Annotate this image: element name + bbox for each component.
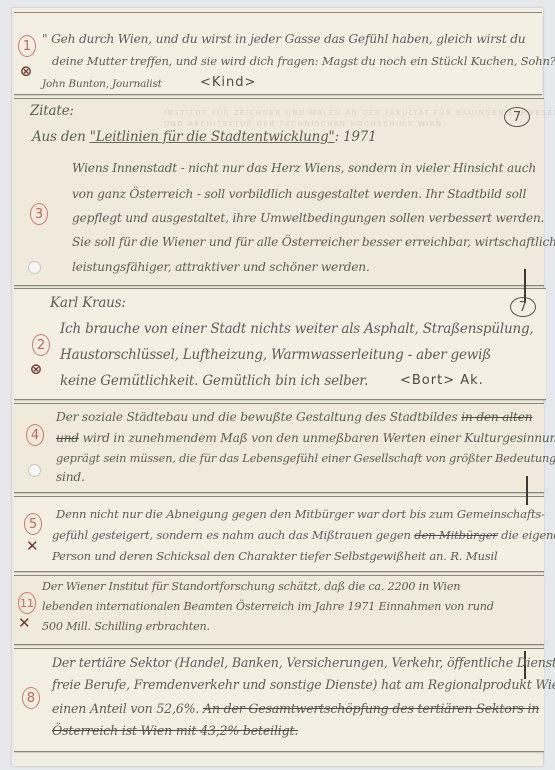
card-heading: Karl Kraus:	[50, 295, 126, 311]
punch-hole	[28, 261, 41, 274]
cross-circle-mark: ⊗	[18, 63, 34, 79]
subheading-year: : 1971	[335, 129, 377, 145]
struck-text: Österreich ist Wien mit 43,2% beteiligt.	[52, 723, 298, 738]
subheading-prefix: Aus den	[32, 129, 86, 145]
category-tag: <Kind>	[200, 75, 256, 90]
card-text-line: Ich brauche von einer Stadt nichts weite…	[60, 321, 534, 337]
card-text-line: Haustorschlüssel, Luftheizung, Warmwasse…	[60, 347, 491, 363]
tab-marker	[526, 491, 528, 505]
card-text-line: sind.	[56, 470, 85, 484]
card-text-line: Der soziale Städtebau und die bewußte Ge…	[56, 410, 532, 424]
cross-mark: ✕	[26, 537, 39, 555]
card-text-line: gefühl gesteigert, sondern es nahm auch …	[52, 528, 555, 542]
punch-hole	[28, 464, 41, 477]
struck-text: und	[56, 431, 79, 445]
card-text-line: Sie soll für die Wiener und für alle Öst…	[72, 235, 555, 249]
index-card-4: 4 Der soziale Städtebau und die bewußte …	[14, 403, 544, 493]
card-text-line: geprägt sein müssen, die für das Lebensg…	[56, 451, 555, 465]
card-text-line: freie Berufe, Fremdenverkehr und sonstig…	[52, 677, 555, 692]
card-number-grey: 7	[504, 107, 530, 127]
card-text-line: lebenden internationalen Beamten Österre…	[42, 600, 494, 613]
index-card-6: 11 ✕ Der Wiener Institut für Standortfor…	[14, 575, 544, 645]
card-text-line: " Geh durch Wien, und du wirst in jeder …	[42, 32, 525, 46]
card-text-line: Der Wiener Institut für Standortforschun…	[42, 580, 460, 593]
card-text-line: Der tertiäre Sektor (Handel, Banken, Ver…	[52, 655, 555, 670]
card-number-red: 2	[32, 334, 50, 356]
card-text-line: deine Mutter treffen, und sie wird dich …	[52, 54, 555, 68]
cross-mark: ✕	[18, 614, 31, 632]
struck-text: An der Gesamtwertschöpfung des tertiären…	[203, 701, 539, 716]
cross-circle-mark: ⊗	[28, 361, 44, 377]
card-text-line: 500 Mill. Schilling erbrachten.	[42, 620, 210, 633]
card-text-line: Denn nicht nur die Abneigung gegen den M…	[56, 507, 545, 521]
struck-text: in den alten	[461, 410, 532, 424]
index-card-2: INSTITUT FÜR ZEICHNEN UND MALEN AN DER F…	[14, 98, 544, 286]
card-text-line: Wiens Innenstadt - nicht nur das Herz Wi…	[72, 161, 536, 175]
card-text-line: gepflegt und ausgestaltet, ihre Umweltbe…	[72, 211, 544, 225]
card-text-line: und wird in zunehmendem Maß von den unme…	[56, 431, 555, 445]
card-text-line: Person und deren Schicksal den Charakter…	[52, 549, 497, 563]
card-heading: Zitate:	[30, 103, 74, 119]
background-stamp: UND ARCHITEKTUR DER TECHNISCHEN HOCHSCHU…	[164, 120, 443, 128]
card-number-red: 3	[30, 203, 48, 225]
card-number-grey: 7	[510, 297, 536, 317]
category-tag: <Bort> Ak.	[400, 373, 484, 388]
background-stamp: INSTITUT FÜR ZEICHNEN UND MALEN AN DER F…	[164, 109, 555, 117]
subheading-title: "Leitlinien für die Stadtentwicklung"	[90, 129, 335, 145]
index-card-3: Karl Kraus: 7 2 ⊗ Ich brauche von einer …	[14, 288, 546, 400]
index-card-1: 1 ⊗ " Geh durch Wien, und du wirst in je…	[14, 12, 542, 95]
card-number-red: 1	[18, 35, 36, 57]
card-text-line: leistungsfähiger, attraktiver und schöne…	[72, 260, 370, 274]
card-number-red: 5	[24, 513, 42, 535]
card-text-line: keine Gemütlichkeit. Gemütlich bin ich s…	[60, 373, 368, 389]
index-card-7: 8 Der tertiäre Sektor (Handel, Banken, V…	[14, 648, 544, 752]
card-attribution: John Bunton, Journalist	[42, 78, 162, 90]
card-number-red: 8	[22, 687, 40, 709]
struck-text: den Mitbürger	[414, 528, 497, 542]
card-subheading: Aus den "Leitlinien für die Stadtentwick…	[32, 129, 377, 145]
index-card-5: 5 ✕ Denn nicht nur die Abneigung gegen d…	[14, 496, 544, 572]
card-text-line: einen Anteil von 52,6%. An der Gesamtwer…	[52, 701, 539, 716]
card-number-red: 11	[18, 592, 36, 614]
card-number-red: 4	[26, 424, 44, 446]
card-text-line: von ganz Österreich - soll vorbildlich a…	[72, 187, 526, 201]
